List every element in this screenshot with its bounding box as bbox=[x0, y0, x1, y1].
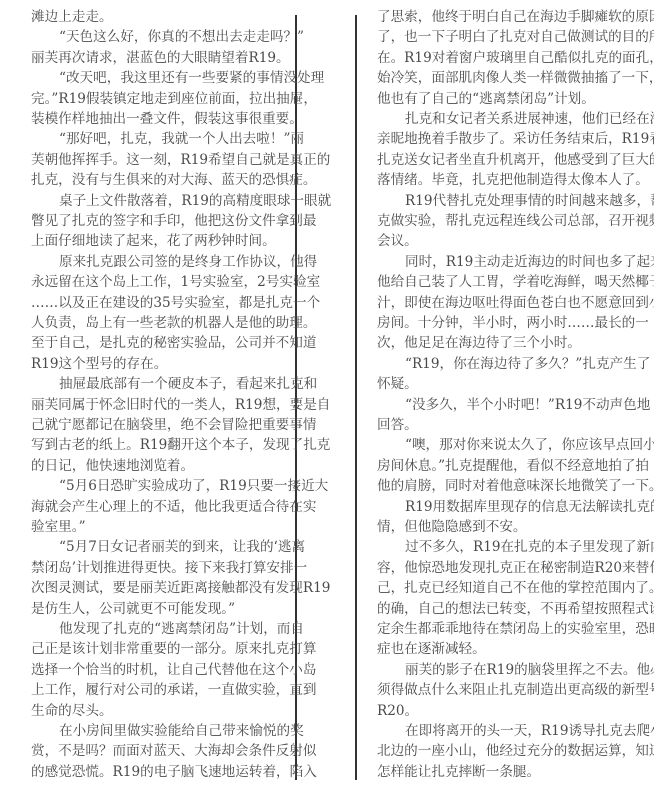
text-line: “那好吧，扎克，我就一个人出去啦！”丽 bbox=[31, 129, 277, 149]
text-line: 汁，即使在海边呕吐得面色苍白也不愿意回到小 bbox=[377, 293, 623, 313]
text-line: 症也在逐渐减轻。 bbox=[377, 639, 623, 659]
text-line: 在小房间里做实验能给自己带来愉悦的奖 bbox=[31, 721, 277, 741]
text-line: “5月7日女记者丽芙的到来，让我的‘逃离 bbox=[31, 537, 277, 557]
text-line: 容，他惊恐地发现扎克正在秘密制造R20来替代自 bbox=[377, 558, 623, 578]
text-line: 写到古老的纸上。R19翻开这个本子，发现了扎克 bbox=[31, 435, 277, 455]
text-line: 生命的尽头。 bbox=[31, 701, 277, 721]
text-line: 人负责，岛上有一些老款的机器人是他的助理。 bbox=[31, 313, 277, 333]
text-line: 扎克送女记者坐直升机离开，他感受到了巨大的失 bbox=[377, 150, 623, 170]
text-line: R19用数据库里现存的信息无法解读扎克的表 bbox=[377, 497, 623, 517]
right-column-rule bbox=[355, 15, 357, 780]
text-line: 扎克，没有与生俱来的对大海、蓝天的恐惧症。 bbox=[31, 170, 277, 190]
text-line: 亲昵地挽着手散步了。采访任务结束后，R19看着 bbox=[377, 129, 623, 149]
text-line: 瞥见了扎克的签字和手印，他把这份文件拿到最 bbox=[31, 211, 277, 231]
text-line: 落情绪。毕竟，扎克把他制造得太像本人了。 bbox=[377, 170, 623, 190]
text-line: 北边的一座小山，他经过充分的数据运算，知道 bbox=[377, 741, 623, 761]
text-line: 禁闭岛’计划推进得更快。接下来我打算安排一 bbox=[31, 558, 277, 578]
text-line: 须得做点什么来阻止扎克制造出更高级的新型号 bbox=[377, 680, 623, 700]
text-line: “没多久，半个小时吧！”R19不动声色地 bbox=[377, 395, 623, 415]
text-line: 是仿生人，公司就更不可能发现。” bbox=[31, 599, 277, 619]
text-line: 会议。 bbox=[377, 231, 623, 251]
text-line: “天色这么好，你真的不想出去走走吗？” bbox=[31, 27, 277, 47]
text-line: 怀疑。 bbox=[377, 374, 623, 394]
text-line: 房间休息。”扎克提醒他，看似不经意地拍了拍 bbox=[377, 456, 623, 476]
text-line: 次图灵测试，要是丽芙近距离接触都没有发现R19 bbox=[31, 578, 277, 598]
text-line: 他给自己装了人工胃，学着吃海鲜，喝天然椰子 bbox=[377, 272, 623, 292]
text-line: 己正是该计划非常重要的一部分。原来扎克打算 bbox=[31, 639, 277, 659]
text-line: ……以及正在建设的35号实验室，都是扎克一个 bbox=[31, 293, 277, 313]
text-line: 在即将离开的头一天，R19诱导扎克去爬小岛 bbox=[377, 721, 623, 741]
text-line: R20。 bbox=[377, 701, 623, 721]
text-line: 次，他足足在海边待了三个小时。 bbox=[377, 333, 623, 353]
text-line: 选择一个恰当的时机，让自己代替他在这个小岛 bbox=[31, 660, 277, 680]
text-line: 在。R19对着窗户玻璃里自己酷似扎克的面孔，开 bbox=[377, 48, 623, 68]
text-line: 的感觉恐慌。R19的电子脑飞速地运转着，陷入 bbox=[31, 762, 277, 782]
text-line: R19这个型号的存在。 bbox=[31, 354, 277, 374]
text-line: 滩边上走走。 bbox=[31, 7, 277, 27]
text-line: 的确，自己的想法已转变，不再希望按照程式设 bbox=[377, 599, 623, 619]
text-line: “R19，你在海边待了多久？”扎克产生了 bbox=[377, 354, 623, 374]
text-line: 他的肩膀，同时对着他意味深长地微笑了一下。 bbox=[377, 476, 623, 496]
text-line: 的日记，他快速地浏览着。 bbox=[31, 456, 277, 476]
text-line: “5月6日恐旷实验成功了，R19只要一接近大 bbox=[31, 476, 277, 496]
text-line: 丽芙的影子在R19的脑袋里挥之不去。他必 bbox=[377, 660, 623, 680]
text-line: 丽芙再次请求，湛蓝色的大眼睛望着R19。 bbox=[31, 48, 277, 68]
text-line: “改天吧，我这里还有一些要紧的事情没处理 bbox=[31, 68, 277, 88]
text-line: 验室里。” bbox=[31, 517, 277, 537]
text-line: 完。”R19假装镇定地走到座位前面，拉出抽屉， bbox=[31, 89, 277, 109]
text-line: 他发现了扎克的“逃离禁闭岛”计划，而自 bbox=[31, 619, 277, 639]
text-line: 情，但他隐隐感到不安。 bbox=[377, 517, 623, 537]
text-line: 他也有了自己的“逃离禁闭岛”计划。 bbox=[377, 89, 623, 109]
text-line: 同时，R19主动走近海边的时间也多了起来。 bbox=[377, 252, 623, 272]
text-line: R19代替扎克处理事情的时间越来越多，帮扎 bbox=[377, 191, 623, 211]
text-line: 房间。十分钟，半小时，两小时……最长的一 bbox=[377, 313, 623, 333]
text-line: 赏，不是吗？而面对蓝天、大海却会条件反射似 bbox=[31, 741, 277, 761]
text-line: 己就宁愿都记在脑袋里，绝不会冒险把重要事情 bbox=[31, 415, 277, 435]
text-line: 桌子上文件散落着，R19的高精度眼球一眼就 bbox=[31, 191, 277, 211]
text-line: 海就会产生心理上的不适，他比我更适合待在实 bbox=[31, 497, 277, 517]
text-line: 己，扎克已经知道自己不在他的掌控范围内了。 bbox=[377, 578, 623, 598]
text-line: 了，也一下子明白了扎克对自己做测试的目的所 bbox=[377, 27, 623, 47]
text-line: 始冷笑，面部肌肉像人类一样微微抽搐了一下， bbox=[377, 68, 623, 88]
text-line: 过不多久，R19在扎克的本子里发现了新内 bbox=[377, 537, 623, 557]
text-line: 永远留在这个岛上工作，1号实验室，2号实验室 bbox=[31, 272, 277, 292]
text-line: 上面仔细地读了起来，花了两秒钟时间。 bbox=[31, 231, 277, 251]
text-line: 装模作样地抽出一叠文件，假装这事很重要。 bbox=[31, 109, 277, 129]
text-line: 芙朝他挥挥手。这一刻，R19希望自己就是真正的 bbox=[31, 150, 277, 170]
text-line: 回答。 bbox=[377, 415, 623, 435]
text-line: 定余生都乖乖地待在禁闭岛上的实验室里，恐旷 bbox=[377, 619, 623, 639]
text-line: 怎样能让扎克摔断一条腿。 bbox=[377, 762, 623, 782]
text-line: 丽芙同属于怀念旧时代的一类人，R19想，要是自 bbox=[31, 395, 277, 415]
text-line: “噢，那对你来说太久了，你应该早点回小 bbox=[377, 435, 623, 455]
text-line: 原来扎克跟公司签的是终身工作协议，他得 bbox=[31, 252, 277, 272]
text-line: 了思索，他终于明白自己在海边手脚瘫软的原因 bbox=[377, 7, 623, 27]
text-line: 上工作，履行对公司的承诺，一直做实验，直到 bbox=[31, 680, 277, 700]
text-line: 扎克和女记者关系进展神速，他们已经在海边 bbox=[377, 109, 623, 129]
book-page: 滩边上走走。“天色这么好，你真的不想出去走走吗？”丽芙再次请求，湛蓝色的大眼睛望… bbox=[0, 0, 654, 792]
text-line: 抽屉最底部有一个硬皮本子，看起来扎克和 bbox=[31, 374, 277, 394]
text-line: 至于自己，是扎克的秘密实验品，公司并不知道 bbox=[31, 333, 277, 353]
text-line: 克做实验，帮扎克远程连线公司总部，召开视频 bbox=[377, 211, 623, 231]
